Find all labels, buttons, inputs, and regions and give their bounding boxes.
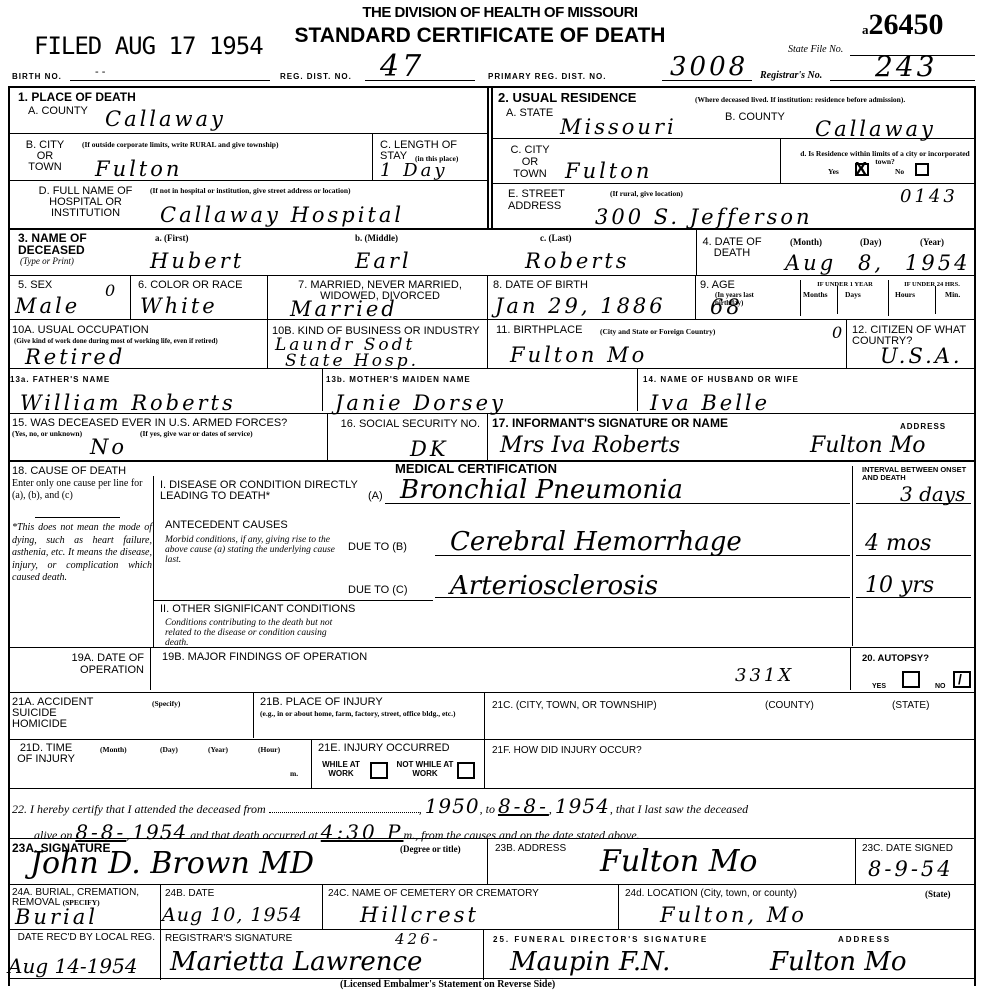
date-of-death-label: 4. DATE OF DEATH xyxy=(702,237,762,259)
burial-location-value[interactable]: Fulton, Mo xyxy=(660,904,807,926)
mother-label: 13b. MOTHER'S MAIDEN NAME xyxy=(326,375,471,384)
line-a-label: (a) xyxy=(368,491,383,502)
injury-year-label: (Year) xyxy=(208,746,228,754)
dod-day-value[interactable]: 8, xyxy=(858,252,884,274)
date-received-label: DATE REC'D BY LOCAL REG. xyxy=(10,932,155,943)
physician-address-label: 23b. ADDRESS xyxy=(495,843,566,854)
birthplace-code: 0 xyxy=(832,322,845,344)
accident-label: 21a. ACCIDENT SUICIDE HOMICIDE xyxy=(12,697,102,730)
how-injury-label: 21f. HOW DID INJURY OCCUR? xyxy=(492,745,642,756)
informant-address-label: ADDRESS xyxy=(900,422,946,431)
deceased-name-note: (Type or Print) xyxy=(20,256,74,267)
injury-day-label: (Day) xyxy=(160,746,178,754)
occupation-value[interactable]: Retired xyxy=(25,346,125,368)
under-24-hrs-label: IF UNDER 24 HRS. xyxy=(890,281,974,289)
burial-date-value[interactable]: Aug 10, 1954 xyxy=(162,904,303,926)
burial-date-label: 24b. DATE xyxy=(165,888,214,899)
last-name-value[interactable]: Roberts xyxy=(525,250,630,272)
place-of-death-label: 1. PLACE OF DEATH xyxy=(18,92,136,103)
hospital-note: (If not in hospital or institution, give… xyxy=(150,187,351,195)
race-label: 6. COLOR OR RACE xyxy=(138,280,243,291)
first-name-value[interactable]: Hubert xyxy=(150,250,244,272)
injury-city-label: 21c. (CITY, TOWN, OR TOWNSHIP) xyxy=(492,700,657,711)
dod-month-value[interactable]: Aug xyxy=(785,252,836,274)
residence-state-label: a. STATE xyxy=(506,108,553,119)
limits-yes-checkbox[interactable]: X xyxy=(855,163,869,176)
cause-b-value[interactable]: Cerebral Hemorrhage xyxy=(450,528,742,556)
funeral-address-label: ADDRESS xyxy=(838,935,891,944)
dod-year-value[interactable]: 1954 xyxy=(905,252,970,274)
residence-city-label: c. CITY OR TOWN xyxy=(505,144,555,180)
op-code: 331X xyxy=(735,665,794,687)
cemetery-value[interactable]: Hillcrest xyxy=(360,904,479,926)
usual-residence-note: (Where deceased lived. If institution: r… xyxy=(695,96,975,104)
residence-county-label: b. COUNTY xyxy=(725,112,785,123)
burial-location-label: 24d. LOCATION (City, town, or county) xyxy=(625,888,797,899)
registrar-no-label: Registrar's No. xyxy=(760,70,822,81)
interval-b-value[interactable]: 4 mos xyxy=(865,530,931,558)
op-date-label: 19a. DATE OF OPERATION xyxy=(34,652,144,676)
mother-value[interactable]: Janie Dorsey xyxy=(335,392,506,414)
antecedent-label: ANTECEDENT CAUSES xyxy=(165,520,288,531)
injury-m-label: m. xyxy=(290,770,298,778)
last-seen-year[interactable]: 1954 xyxy=(132,820,187,844)
marital-value[interactable]: Married xyxy=(290,298,398,320)
hours-label: Hours xyxy=(895,291,915,299)
interval-c-value[interactable]: 10 yrs xyxy=(865,572,934,600)
hospital-value[interactable]: Callaway Hospital xyxy=(160,204,404,226)
medical-cert-heading: MEDICAL CERTIFICATION xyxy=(395,463,557,474)
armed-forces-label: 15. WAS DECEASED EVER IN U.S. ARMED FORC… xyxy=(12,418,287,429)
while-at-work-checkbox[interactable] xyxy=(370,762,388,779)
cause-c-value[interactable]: Arteriosclerosis xyxy=(450,572,658,600)
agency-heading: THE DIVISION OF HEALTH OF MISSOURI xyxy=(0,4,1000,21)
residence-state-value[interactable]: Missouri xyxy=(560,116,677,138)
funeral-director-signature[interactable]: Maupin F.N. xyxy=(510,948,670,976)
death-county-value[interactable]: Callaway xyxy=(105,108,226,130)
registrar-signature-label: REGISTRAR'S SIGNATURE xyxy=(165,933,292,944)
reg-dist-value: 47 xyxy=(380,56,424,78)
hospital-label: d. FULL NAME OF HOSPITAL OR INSTITUTION xyxy=(28,186,143,219)
deceased-name-label: 3. NAME OF DECEASED xyxy=(18,232,128,256)
death-county-label: a. COUNTY xyxy=(28,106,88,117)
informant-label: 17. INFORMANT'S SIGNATURE OR NAME xyxy=(492,418,728,429)
attending-certification: 22. I hereby certify that I attended the… xyxy=(12,795,972,847)
state-file-number: a26450 xyxy=(862,8,944,42)
injury-state-label: (STATE) xyxy=(892,700,929,711)
primary-reg-dist-value: 3008 xyxy=(670,56,748,78)
father-value[interactable]: William Roberts xyxy=(20,392,236,414)
date-received-value[interactable]: Aug 14-1954 xyxy=(8,952,138,980)
attended-to-year[interactable]: 1954 xyxy=(555,794,610,818)
injury-month-label: (Month) xyxy=(100,746,127,754)
funeral-director-address[interactable]: Fulton Mo xyxy=(770,948,907,976)
cause-footnote: *This does not mean the mode of dying, s… xyxy=(12,522,152,585)
cause-instructions: Enter only one cause per line for (a), (… xyxy=(12,478,147,502)
registrar-signature[interactable]: Marietta Lawrence xyxy=(170,948,422,976)
race-value[interactable]: White xyxy=(140,295,218,317)
while-at-work-label: WHILE AT WORK xyxy=(318,760,364,778)
date-signed-value[interactable]: 8-9-54 xyxy=(868,858,954,880)
cause-a-value[interactable]: Bronchial Pneumonia xyxy=(400,476,683,504)
dod-year-label: (Year) xyxy=(920,238,944,246)
spouse-value[interactable]: Iva Belle xyxy=(650,392,770,414)
citizen-value[interactable]: U.S.A. xyxy=(880,345,963,367)
death-city-label: b. CITY OR TOWN xyxy=(25,140,65,173)
registrar-no-value: 243 xyxy=(875,56,937,78)
death-time[interactable]: 4:30 P xyxy=(321,820,404,844)
part1-label: I. DISEASE OR CONDITION DIRECTLY LEADING… xyxy=(160,480,390,502)
due-to-b-label: DUE TO (b) xyxy=(348,542,407,553)
father-label: 13a. FATHER'S NAME xyxy=(10,375,110,384)
city-limits-label: d. Is Residence within limits of a city … xyxy=(800,150,970,166)
autopsy-yes-checkbox[interactable] xyxy=(902,671,920,688)
under-1-year-label: IF UNDER 1 YEAR xyxy=(802,281,888,289)
limits-no-checkbox[interactable] xyxy=(915,163,929,176)
birthplace-note: (City and State or Foreign Country) xyxy=(600,328,715,336)
sex-label: 5. SEX xyxy=(18,280,52,291)
date-signed-label: 23c. DATE SIGNED xyxy=(862,843,953,854)
attended-from-year[interactable]: 1950 xyxy=(425,794,480,818)
ssn-value[interactable]: DK xyxy=(410,438,449,460)
birth-no-label: BIRTH NO. xyxy=(12,72,62,81)
dod-day-label: (Day) xyxy=(860,238,882,246)
birthplace-value[interactable]: Fulton Mo xyxy=(510,344,647,366)
age-label: 9. AGE xyxy=(700,280,735,291)
dod-month-label: (Month) xyxy=(790,238,822,246)
middle-name-label: b. (Middle) xyxy=(355,234,398,242)
injury-county-label: (COUNTY) xyxy=(765,700,814,711)
armed-forces-note-2: (If yes, give war or dates of service) xyxy=(140,430,253,438)
reg-dist-label: REG. DIST. NO. xyxy=(280,72,352,81)
dob-value[interactable]: Jan 29, 1886 xyxy=(495,295,666,317)
birthplace-label: 11. BIRTHPLACE xyxy=(496,325,582,336)
informant-address-value[interactable]: Fulton Mo xyxy=(810,432,926,460)
residence-city-value[interactable]: Fulton xyxy=(565,160,652,182)
place-of-injury-label: 21b. PLACE OF INJURY xyxy=(260,697,383,708)
street-address-value[interactable]: 300 S. Jefferson xyxy=(595,206,813,228)
burial-state-label: (State) xyxy=(925,890,951,898)
street-address-code: 0143 xyxy=(900,186,958,208)
part2-label: II. OTHER SIGNIFICANT CONDITIONS xyxy=(160,604,355,615)
part2-note: Conditions contributing to the death but… xyxy=(165,618,345,648)
armed-forces-value[interactable]: No xyxy=(90,436,127,458)
autopsy-no-checkbox[interactable]: / xyxy=(953,671,971,688)
attended-to-date[interactable]: 8-8- xyxy=(498,794,549,818)
state-file-number-value: 26450 xyxy=(869,8,944,41)
autopsy-no-label: NO xyxy=(935,682,946,691)
months-label: Months xyxy=(803,291,828,299)
death-city-value[interactable]: Fulton xyxy=(95,158,182,180)
burial-method-value[interactable]: Burial xyxy=(15,906,98,928)
dob-label: 8. DATE OF BIRTH xyxy=(493,280,588,291)
cemetery-label: 24c. NAME OF CEMETERY OR CREMATORY xyxy=(328,888,539,899)
injury-occurred-label: 21e. INJURY OCCURRED xyxy=(318,743,450,754)
place-of-injury-note: (e.g., in or about home, farm, factory, … xyxy=(260,710,480,718)
limits-no-label: No xyxy=(895,168,904,176)
birth-no-value: - - xyxy=(95,66,105,78)
footer-note: (Licensed Embalmer's Statement on Revers… xyxy=(340,979,555,990)
first-name-label: a. (First) xyxy=(155,234,189,242)
residence-county-value[interactable]: Callaway xyxy=(815,118,936,140)
min-label: Min. xyxy=(945,291,960,299)
spouse-label: 14. NAME OF HUSBAND OR WIFE xyxy=(643,375,799,384)
informant-value[interactable]: Mrs Iva Roberts xyxy=(500,432,680,460)
not-while-at-work-label: NOT WHILE AT WORK xyxy=(395,760,455,778)
physician-address-value[interactable]: Fulton Mo xyxy=(600,848,758,876)
length-of-stay-value[interactable]: 1 Day xyxy=(380,160,448,182)
death-city-note: (If outside corporate limits, write RURA… xyxy=(82,141,362,149)
time-of-injury-label: 21d. TIME OF INJURY xyxy=(12,743,80,765)
primary-reg-dist-label: PRIMARY REG. DIST. NO. xyxy=(488,72,606,81)
state-file-label: State File No. xyxy=(788,44,843,55)
street-address-label: e. STREET ADDRESS xyxy=(508,188,568,212)
cause-of-death-label: 18. CAUSE OF DEATH xyxy=(12,466,126,477)
accident-note: (Specify) xyxy=(152,700,180,708)
sex-code: 0 xyxy=(105,280,118,302)
limits-yes-label: Yes xyxy=(828,168,839,176)
armed-forces-note-1: (Yes, no, or unknown) xyxy=(12,430,82,438)
due-to-c-label: DUE TO (c) xyxy=(348,585,408,596)
days-label: Days xyxy=(845,291,861,299)
usual-residence-label: 2. USUAL RESIDENCE xyxy=(498,92,636,103)
op-findings-label: 19b. MAJOR FINDINGS OF OPERATION xyxy=(162,652,367,663)
physician-signature[interactable]: John D. Brown MD xyxy=(30,850,314,878)
injury-hour-label: (Hour) xyxy=(258,746,280,754)
funeral-director-label: 25. FUNERAL DIRECTOR'S SIGNATURE xyxy=(493,935,708,944)
last-name-label: c. (Last) xyxy=(540,234,572,242)
degree-label: (Degree or title) xyxy=(400,845,461,853)
age-value[interactable]: 68 xyxy=(710,296,743,318)
street-address-note: (If rural, give location) xyxy=(610,190,683,198)
autopsy-yes-label: YES xyxy=(872,682,886,691)
occupation-label: 10a. USUAL OCCUPATION xyxy=(12,325,149,336)
occupation-note: (Give kind of work done during most of w… xyxy=(14,337,264,345)
antecedent-note: Morbid conditions, if any, giving rise t… xyxy=(165,535,345,565)
ssn-label: 16. SOCIAL SECURITY NO. xyxy=(335,418,480,430)
sex-value[interactable]: Male xyxy=(15,295,80,317)
autopsy-label: 20. AUTOPSY? xyxy=(862,654,929,663)
middle-name-value[interactable]: Earl xyxy=(355,250,412,272)
not-while-at-work-checkbox[interactable] xyxy=(457,762,475,779)
